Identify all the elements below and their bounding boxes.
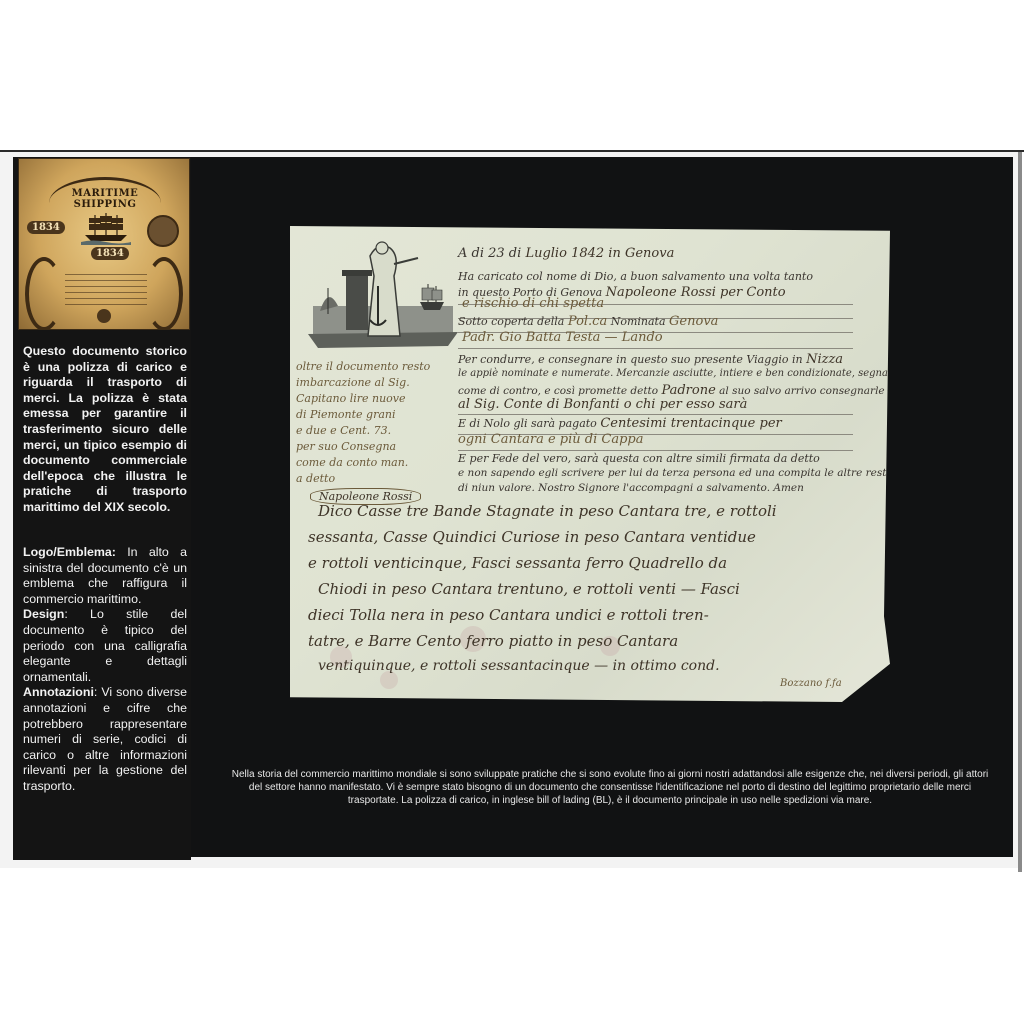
emblem-title: MARITIME SHIPPING	[49, 177, 161, 203]
emblem-script-lines	[65, 269, 147, 309]
printed-line: Sotto coperta della Pol.ca Nominata Geno…	[458, 314, 718, 329]
margin-note: di Piemonte grani	[296, 408, 396, 421]
printed-text: come di contro, e così promette detto	[458, 385, 658, 397]
caption-text: Nella storia del commercio marittimo mon…	[228, 768, 992, 808]
cargo-line: ventiquinque, e rottoli sessantacinque —…	[318, 658, 720, 674]
notes-list: Logo/Emblema: In alto a sinistra del doc…	[23, 545, 187, 795]
form-rule	[458, 414, 853, 415]
printed-line: Per condurre, e consegnare in questo suo…	[458, 352, 843, 367]
vessel-name: Genova	[669, 314, 718, 329]
form-rule	[458, 348, 853, 349]
printed-line: E per Fede del vero, sarà questa con alt…	[458, 452, 820, 465]
date-year: 1842	[571, 246, 604, 261]
margin-note: a detto	[296, 472, 335, 485]
note-label: Logo/Emblema:	[23, 545, 116, 559]
printed-line: Ha caricato col nome di Dio, a buon salv…	[458, 270, 813, 283]
printed-line: E di Nolo gli sarà pagato Centesimi tren…	[458, 416, 782, 431]
maritime-shipping-emblem-icon: MARITIME SHIPPING 1834 1834	[18, 158, 190, 330]
margin-note: Capitano lire nuove	[296, 392, 406, 405]
sailing-ship-icon	[81, 211, 131, 245]
freight: Centesimi trentacinque per	[600, 416, 781, 431]
note-label: Annotazioni	[23, 685, 94, 699]
captain-line: Padr. Gio Batta Testa — Lando	[462, 330, 663, 345]
printed-line: e non sapendo egli scrivere per lui da t…	[458, 467, 890, 479]
cargo-line: Chiodi in peso Cantara trentuno, e rotto…	[318, 580, 740, 598]
note-design: Design: Lo stile del documento è tipico …	[23, 607, 187, 685]
emblem-year-left: 1834	[27, 221, 65, 234]
cargo-line: Dico Casse tre Bande Stagnate in peso Ca…	[318, 502, 777, 520]
cargo-line: sessanta, Casse Quindici Curiose in peso…	[308, 528, 756, 546]
date-line: A di 23 di Luglio 1842 in Genova	[458, 246, 674, 261]
document-signature: Bozzano f.fa	[780, 678, 842, 689]
emblem-small-seal-icon	[97, 309, 111, 323]
form-rule	[458, 450, 853, 451]
ornament-scroll-right-icon	[145, 257, 183, 330]
note-text: : Vi sono diverse annotazioni e cifre ch…	[23, 685, 187, 793]
cargo-line: e rottoli venticinque, Fasci sessanta fe…	[308, 554, 727, 572]
allegorical-figure-anchor-ship-engraving-icon	[308, 236, 458, 356]
freight-line-2: ogni Cantara e più di Cappa	[458, 432, 643, 447]
printed-text: al suo salvo arrivo consegnarle	[719, 385, 885, 397]
printed-text: E di Nolo gli sarà pagato	[458, 417, 597, 430]
ornament-scroll-left-icon	[25, 257, 63, 330]
cargo-line: tatre, e Barre Cento ferro piatto in pes…	[308, 632, 678, 650]
note-label: Design	[23, 607, 64, 621]
margin-note: per suo Consegna	[296, 440, 396, 453]
vessel-type: Pol.ca	[568, 314, 607, 329]
shipper-name: Napoleone Rossi per Conto	[606, 285, 786, 300]
date-place: in Genova	[608, 246, 674, 261]
note-logo: Logo/Emblema: In alto a sinistra del doc…	[23, 545, 187, 607]
carrier: Padrone	[661, 383, 715, 398]
destination: Nizza	[806, 352, 843, 367]
emblem-seal-icon	[147, 215, 179, 247]
printed-line: come di contro, e così promette detto Pa…	[458, 383, 885, 398]
printed-text: Sotto coperta della	[458, 315, 564, 328]
printed-text: Per condurre, e consegnare in questo suo…	[458, 353, 803, 366]
printed-line: di niun valore. Nostro Signore l'accompa…	[458, 482, 804, 494]
printed-line: le appiè nominate e numerate. Mercanzie …	[458, 368, 890, 379]
date-prefix: A di 23 di	[458, 246, 521, 261]
margin-note: oltre il documento resto	[296, 360, 430, 373]
margin-note: imbarcazione al Sig.	[296, 376, 410, 389]
emblem-year-center: 1834	[91, 247, 129, 260]
date-month: Luglio	[525, 246, 566, 261]
printed-text: Nominata	[611, 315, 666, 328]
margin-note: come da conto man.	[296, 456, 408, 469]
cargo-line: dieci Tolla nera in peso Cantara undici …	[308, 606, 709, 624]
note-annotations: Annotazioni: Vi sono diverse annotazioni…	[23, 685, 187, 794]
intro-paragraph: Questo documento storico è una polizza d…	[23, 344, 187, 516]
consignee: al Sig. Conte di Bonfanti o chi per esso…	[458, 397, 747, 412]
shipper-line-2: e rischio di chi spetta	[462, 296, 604, 311]
bill-of-lading-document: A di 23 di Luglio 1842 in Genova Ha cari…	[290, 226, 890, 702]
page-right-edge	[1018, 152, 1022, 872]
margin-note: e due e Cent. 73.	[296, 424, 391, 437]
